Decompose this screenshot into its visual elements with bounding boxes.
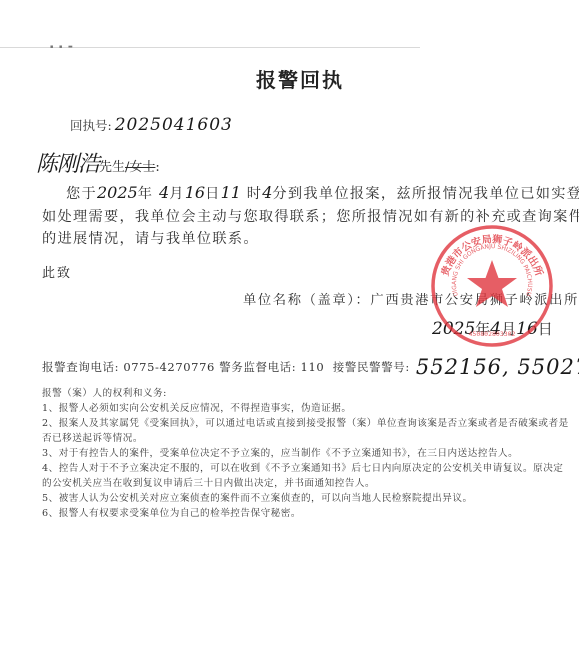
sig-month: 4 <box>490 319 501 339</box>
sig-day: 16 <box>516 319 538 339</box>
reporter-name: 陈刚浩 <box>36 152 99 177</box>
body-prefix: 您于 <box>66 186 97 202</box>
sig-year: 2025 <box>432 319 475 339</box>
report-month: 4 <box>159 183 169 202</box>
salutation-suffix: 先生 <box>99 160 125 175</box>
rights-line: 6、报警人有权要求受案单位为自己的检举控告保守秘密。 <box>42 506 562 521</box>
supervision-phone-label: 警务监督电话: <box>219 360 296 374</box>
seal-text-pinyin: GUIGANG SHI GONGANJU SHIZILING PAICHUSUO <box>430 224 533 297</box>
rights-line: 的公安机关应当在收到复议申请后三十日内做出决定，并书面通知控告人。 <box>42 476 562 491</box>
unit-name-row: 单位名称（盖章）：广西贵港市公安局狮子岭派出所 <box>243 289 579 308</box>
month-unit: 月 <box>169 186 185 202</box>
rights-line: 4、控告人对于不予立案决定不服的，可以在收到《不予立案通知书》后七日内向原决定的… <box>42 461 562 476</box>
year-unit: 年 <box>138 186 154 202</box>
unit-name: 广西贵港市公安局狮子岭派出所 <box>370 293 579 308</box>
sig-day-unit: 日 <box>538 320 553 338</box>
day-unit: 日 <box>205 186 221 202</box>
sig-month-unit: 月 <box>501 320 516 338</box>
report-hour: 11 <box>221 183 241 202</box>
rights-line: 2、报案人及其家属凭《受案回执》，可以通过电话或直接到接受报警（案）单位查询该案… <box>42 416 562 431</box>
body-line-2: 如处理需要，我单位会主动与您取得联系；您所报情况如有新的补充或查询案件处理 <box>42 206 579 226</box>
query-phone: 0775-4270776 <box>123 360 215 374</box>
closing-text: 此致 <box>42 262 72 281</box>
salutation: 陈刚浩先生/女士: <box>36 147 160 178</box>
officer-id-label: 接警民警警号: <box>333 360 410 374</box>
document-title: 报警回执 <box>0 64 579 93</box>
minute-unit: 分 <box>272 186 288 202</box>
query-phone-label: 报警查询电话: <box>42 360 119 374</box>
report-day: 16 <box>185 183 205 202</box>
signature-date: 2025年4月16日 <box>432 318 553 339</box>
supervision-phone: 110 <box>301 360 325 374</box>
receipt-number-row: 回执号:2025041603 <box>70 115 233 135</box>
officer-ids: 552156, 550272 <box>416 355 579 379</box>
rights-line: 3、对于有控告人的案件，受案单位决定不予立案的，应当制作《不予立案通知书》，在三… <box>42 446 562 461</box>
rights-line: 5、被害人认为公安机关对应立案侦查的案件而不立案侦查的，可以向当地人民检察院提出… <box>42 491 562 506</box>
rights-line: 1、报警人必须如实向公安机关反应情况，不得捏造事实，伪造证据。 <box>42 401 562 416</box>
scan-artifact-marks: ▪ ▪ ▬ <box>50 44 75 50</box>
contact-row: 报警查询电话: 0775-4270776 警务监督电话: 110 接警民警警号:… <box>42 355 579 379</box>
salutation-colon: : <box>155 160 159 175</box>
rights-and-duties-section: 报警（案）人的权利和义务: 1、报警人必须如实向公安机关反应情况，不得捏造事实，… <box>42 386 562 521</box>
salutation-suffix-struck: /女士 <box>125 160 155 175</box>
body-line-1: 您于2025年 4月16日11 时4分到我单位报案，兹所报情况我单位已如实登记受… <box>66 183 579 203</box>
report-minute: 4 <box>262 183 272 202</box>
body-line-3: 的进展情况，请与我单位联系。 <box>42 228 259 248</box>
sig-year-unit: 年 <box>475 320 490 338</box>
report-year: 2025 <box>97 183 138 202</box>
hour-unit: 时 <box>247 186 263 202</box>
unit-label: 单位名称（盖章）： <box>243 293 370 308</box>
rights-heading: 报警（案）人的权利和义务: <box>42 386 562 401</box>
seal-text-cn: 贵港市公安局狮子岭派出所 <box>438 232 546 277</box>
body-line-1-suffix: 到我单位报案，兹所报情况我单位已如实登记受理。 <box>288 186 579 202</box>
receipt-number-label: 回执号: <box>70 118 112 133</box>
receipt-number-value: 2025041603 <box>115 115 233 135</box>
rights-line: 否已移送起诉等情况。 <box>42 431 562 446</box>
